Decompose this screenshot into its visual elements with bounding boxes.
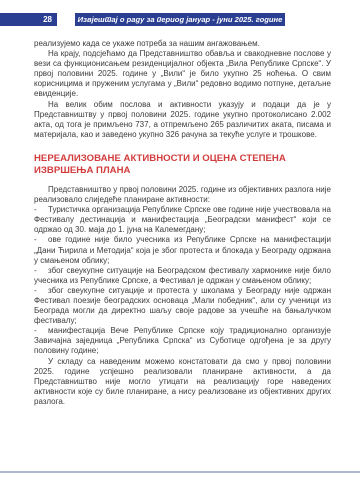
dash-marker: - xyxy=(34,266,48,276)
section-heading: НЕРЕАЛИЗОВАНЕ АКТИВНОСТИ И ОЦЕНА СТЕПЕНА… xyxy=(34,153,331,178)
footer-divider-line xyxy=(0,471,360,473)
list-item-text: ове године није било учесника из Републи… xyxy=(34,235,331,264)
list-item: -због свеукупне ситуације и протеста у ш… xyxy=(34,286,331,326)
paragraph-protokol: На велик обим послова и активности указу… xyxy=(34,100,331,140)
list-item: -ове године није било учесника из Републ… xyxy=(34,235,331,265)
paragraph-intro: Представништво у првој половини 2025. го… xyxy=(34,185,331,205)
list-item-text: због свеукупне ситуације на Београдском … xyxy=(34,266,331,285)
unrealized-activities-list: -Туристичка организација Републике Српск… xyxy=(34,205,331,356)
list-item: -Туристичка организација Републике Српск… xyxy=(34,205,331,235)
header-title: Извјештај о раду за период јануар - јуни… xyxy=(78,15,283,24)
paragraph-vila: На крају, подсјећамо да Представништво о… xyxy=(34,49,331,99)
document-body: реализујемо када се укаже потреба за наш… xyxy=(34,39,331,407)
report-page: { "page": { "number": "28", "header_titl… xyxy=(0,0,360,480)
dash-marker: - xyxy=(34,286,48,296)
paragraph-conclusion: У складу са наведеним можемо констатоват… xyxy=(34,357,331,407)
dash-marker: - xyxy=(34,205,48,215)
dash-marker: - xyxy=(34,235,48,245)
list-item: -због свеукупне ситуације на Београдском… xyxy=(34,266,331,286)
list-item-text: Туристичка организација Републике Српске… xyxy=(34,205,331,234)
list-item-text: због свеукупне ситуације и протеста у шк… xyxy=(34,286,331,325)
page-number: 28 xyxy=(43,15,52,24)
header-title-box: Извјештај о раду за период јануар - јуни… xyxy=(75,13,285,26)
paragraph-continued: реализујемо када се укаже потреба за наш… xyxy=(34,39,331,49)
list-item: -манифестација Вече Републике Српске кој… xyxy=(34,326,331,356)
page-number-bar: 28 xyxy=(0,13,57,26)
list-item-text: манифестација Вече Републике Српске коју… xyxy=(34,326,331,355)
dash-marker: - xyxy=(34,326,48,336)
